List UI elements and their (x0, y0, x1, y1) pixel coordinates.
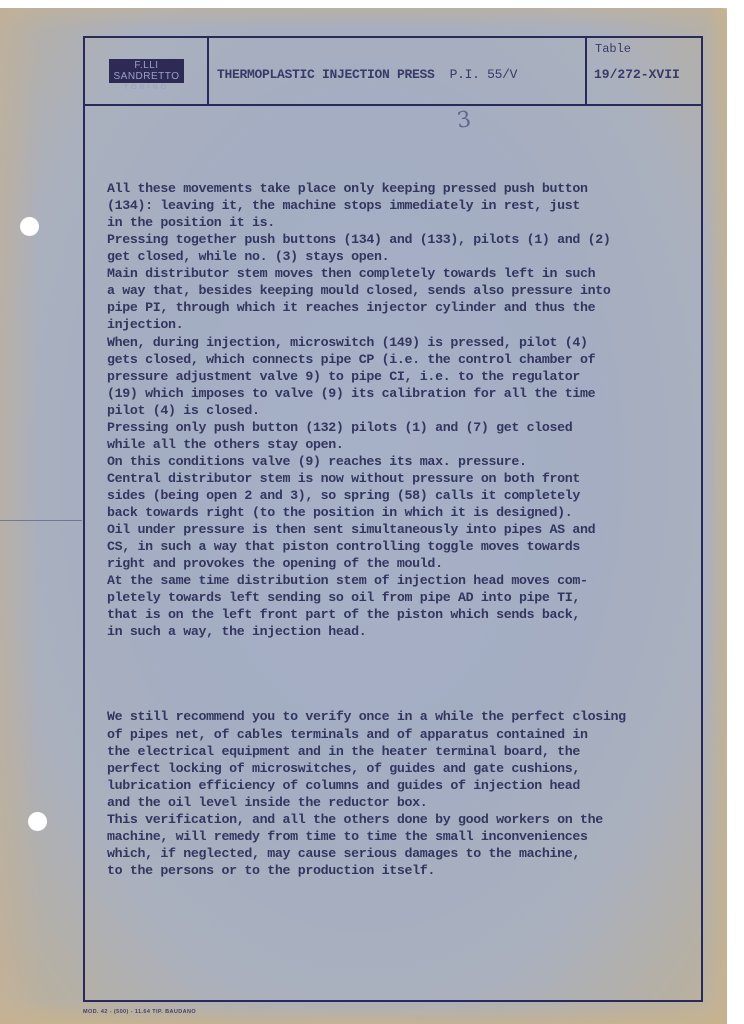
text-line: (19) which imposes to valve (9) its cali… (107, 385, 727, 402)
text-line: (134): leaving it, the machine stops imm… (107, 197, 727, 214)
text-line: CS, in such a way that piston controllin… (107, 538, 727, 555)
text-line: This verification, and all the others do… (107, 811, 727, 828)
text-line: pressure adjustment valve 9) to pipe CI,… (107, 368, 727, 385)
text-line: machine, will remedy from time to time t… (107, 828, 727, 845)
paragraph-maintenance: We still recommend you to verify once in… (107, 708, 727, 878)
text-line: right and provokes the opening of the mo… (107, 555, 727, 572)
text-line: which, if neglected, may cause serious d… (107, 845, 727, 862)
paragraph-operation: All these movements take place only keep… (107, 180, 727, 640)
print-footer: MOD. 42 - (500) - 11.64 TIP. BAUDANO (83, 1009, 196, 1015)
text-line: On this conditions valve (9) reaches its… (107, 453, 727, 470)
text-line: pletely towards left sending so oil from… (107, 589, 727, 606)
text-line: pipe PI, through which it reaches inject… (107, 299, 727, 316)
text-line: Oil under pressure is then sent simultan… (107, 521, 727, 538)
text-line: At the same time distribution stem of in… (107, 572, 727, 589)
document-title: THERMOPLASTIC INJECTION PRESS P.I. 55/V (217, 67, 517, 82)
text-line: a way that, besides keeping mould closed… (107, 282, 727, 299)
text-line: gets closed, which connects pipe CP (i.e… (107, 351, 727, 368)
text-line: get closed, while no. (3) stays open. (107, 248, 727, 265)
document-body: All these movements take place only keep… (107, 146, 727, 896)
text-line: back towards right (to the position in w… (107, 504, 727, 521)
text-line: lubrication efficiency of columns and gu… (107, 777, 727, 794)
text-line: All these movements take place only keep… (107, 180, 727, 197)
punch-hole-bottom (28, 812, 47, 831)
text-line: sides (being open 2 and 3), so spring (5… (107, 487, 727, 504)
text-line: to the persons or to the production itse… (107, 862, 727, 879)
text-line: in such a way, the injection head. (107, 623, 727, 640)
title-cell: THERMOPLASTIC INJECTION PRESS P.I. 55/V (209, 38, 587, 104)
text-line: Main distributor stem moves then complet… (107, 265, 727, 282)
table-cell: Table 19/272-XVII (587, 38, 701, 104)
text-line: Pressing together push buttons (134) and… (107, 231, 727, 248)
logo-cell: F.LLI SANDRETTO TORINO (85, 38, 209, 104)
text-line: while all the others stay open. (107, 436, 727, 453)
margin-line (0, 520, 82, 521)
text-line: We still recommend you to verify once in… (107, 708, 727, 725)
table-label: Table (595, 42, 631, 56)
logo-name: F.LLI SANDRETTO (109, 59, 184, 82)
text-line: in the position it is. (107, 214, 727, 231)
text-line: perfect locking of microswitches, of gui… (107, 760, 727, 777)
company-logo: F.LLI SANDRETTO TORINO (109, 59, 184, 83)
text-line: pilot (4) is closed. (107, 402, 727, 419)
text-line: When, during injection, microswitch (149… (107, 334, 727, 351)
text-line: the electrical equipment and in the heat… (107, 743, 727, 760)
text-line: Central distributor stem is now without … (107, 470, 727, 487)
table-code: 19/272-XVII (594, 67, 680, 82)
logo-city: TORINO (109, 82, 184, 93)
text-line: that is on the left front part of the pi… (107, 606, 727, 623)
document-header: F.LLI SANDRETTO TORINO THERMOPLASTIC INJ… (85, 38, 701, 106)
text-line: injection. (107, 316, 727, 333)
title-label: THERMOPLASTIC INJECTION PRESS (217, 67, 435, 82)
text-line: and the oil level inside the reductor bo… (107, 794, 727, 811)
text-line: of pipes net, of cables terminals and of… (107, 726, 727, 743)
punch-hole-top (20, 217, 39, 236)
model-code: P.I. 55/V (450, 67, 518, 82)
text-line: Pressing only push button (132) pilots (… (107, 419, 727, 436)
